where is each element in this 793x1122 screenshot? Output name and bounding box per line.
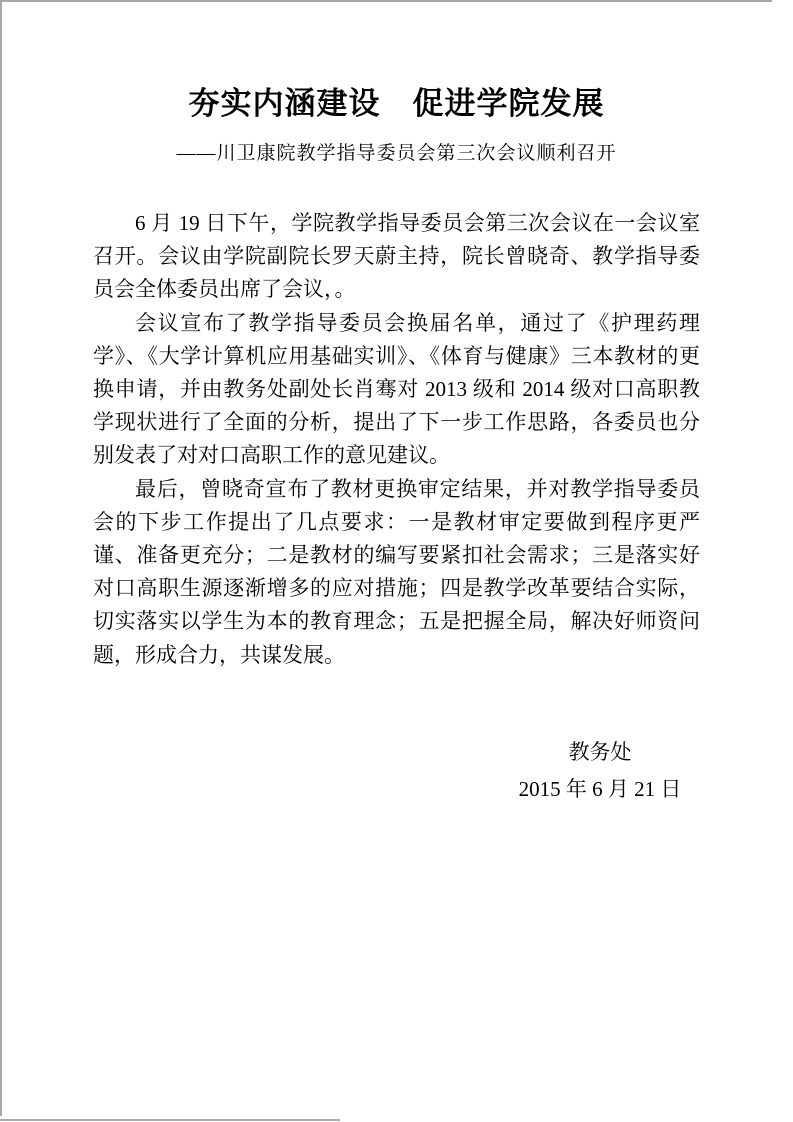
body-paragraph: 6 月 19 日下午，学院教学指导委员会第三次会议在一会议室召开。会议由学院副院… — [93, 207, 700, 307]
document-body: 6 月 19 日下午，学院教学指导委员会第三次会议在一会议室召开。会议由学院副院… — [93, 207, 700, 672]
page-edge-left — [0, 0, 2, 1116]
page-edge-bottom — [0, 1119, 340, 1121]
document-content: 夯实内涵建设 促进学院发展 ——川卫康院教学指导委员会第三次会议顺利召开 6 月… — [93, 0, 700, 808]
signature-department: 教务处 — [500, 734, 700, 771]
signature-date: 2015 年 6 月 21 日 — [500, 771, 700, 808]
signature-block: 教务处 2015 年 6 月 21 日 — [500, 734, 700, 808]
document-subtitle: ——川卫康院教学指导委员会第三次会议顺利召开 — [93, 141, 700, 167]
document-page: 夯实内涵建设 促进学院发展 ——川卫康院教学指导委员会第三次会议顺利召开 6 月… — [0, 0, 793, 1122]
body-paragraph: 会议宣布了教学指导委员会换届名单，通过了《护理药理学》、《大学计算机应用基础实训… — [93, 307, 700, 473]
body-paragraph: 最后，曾晓奇宣布了教材更换审定结果，并对教学指导委员会的下步工作提出了几点要求：… — [93, 473, 700, 672]
document-title: 夯实内涵建设 促进学院发展 — [93, 85, 700, 123]
